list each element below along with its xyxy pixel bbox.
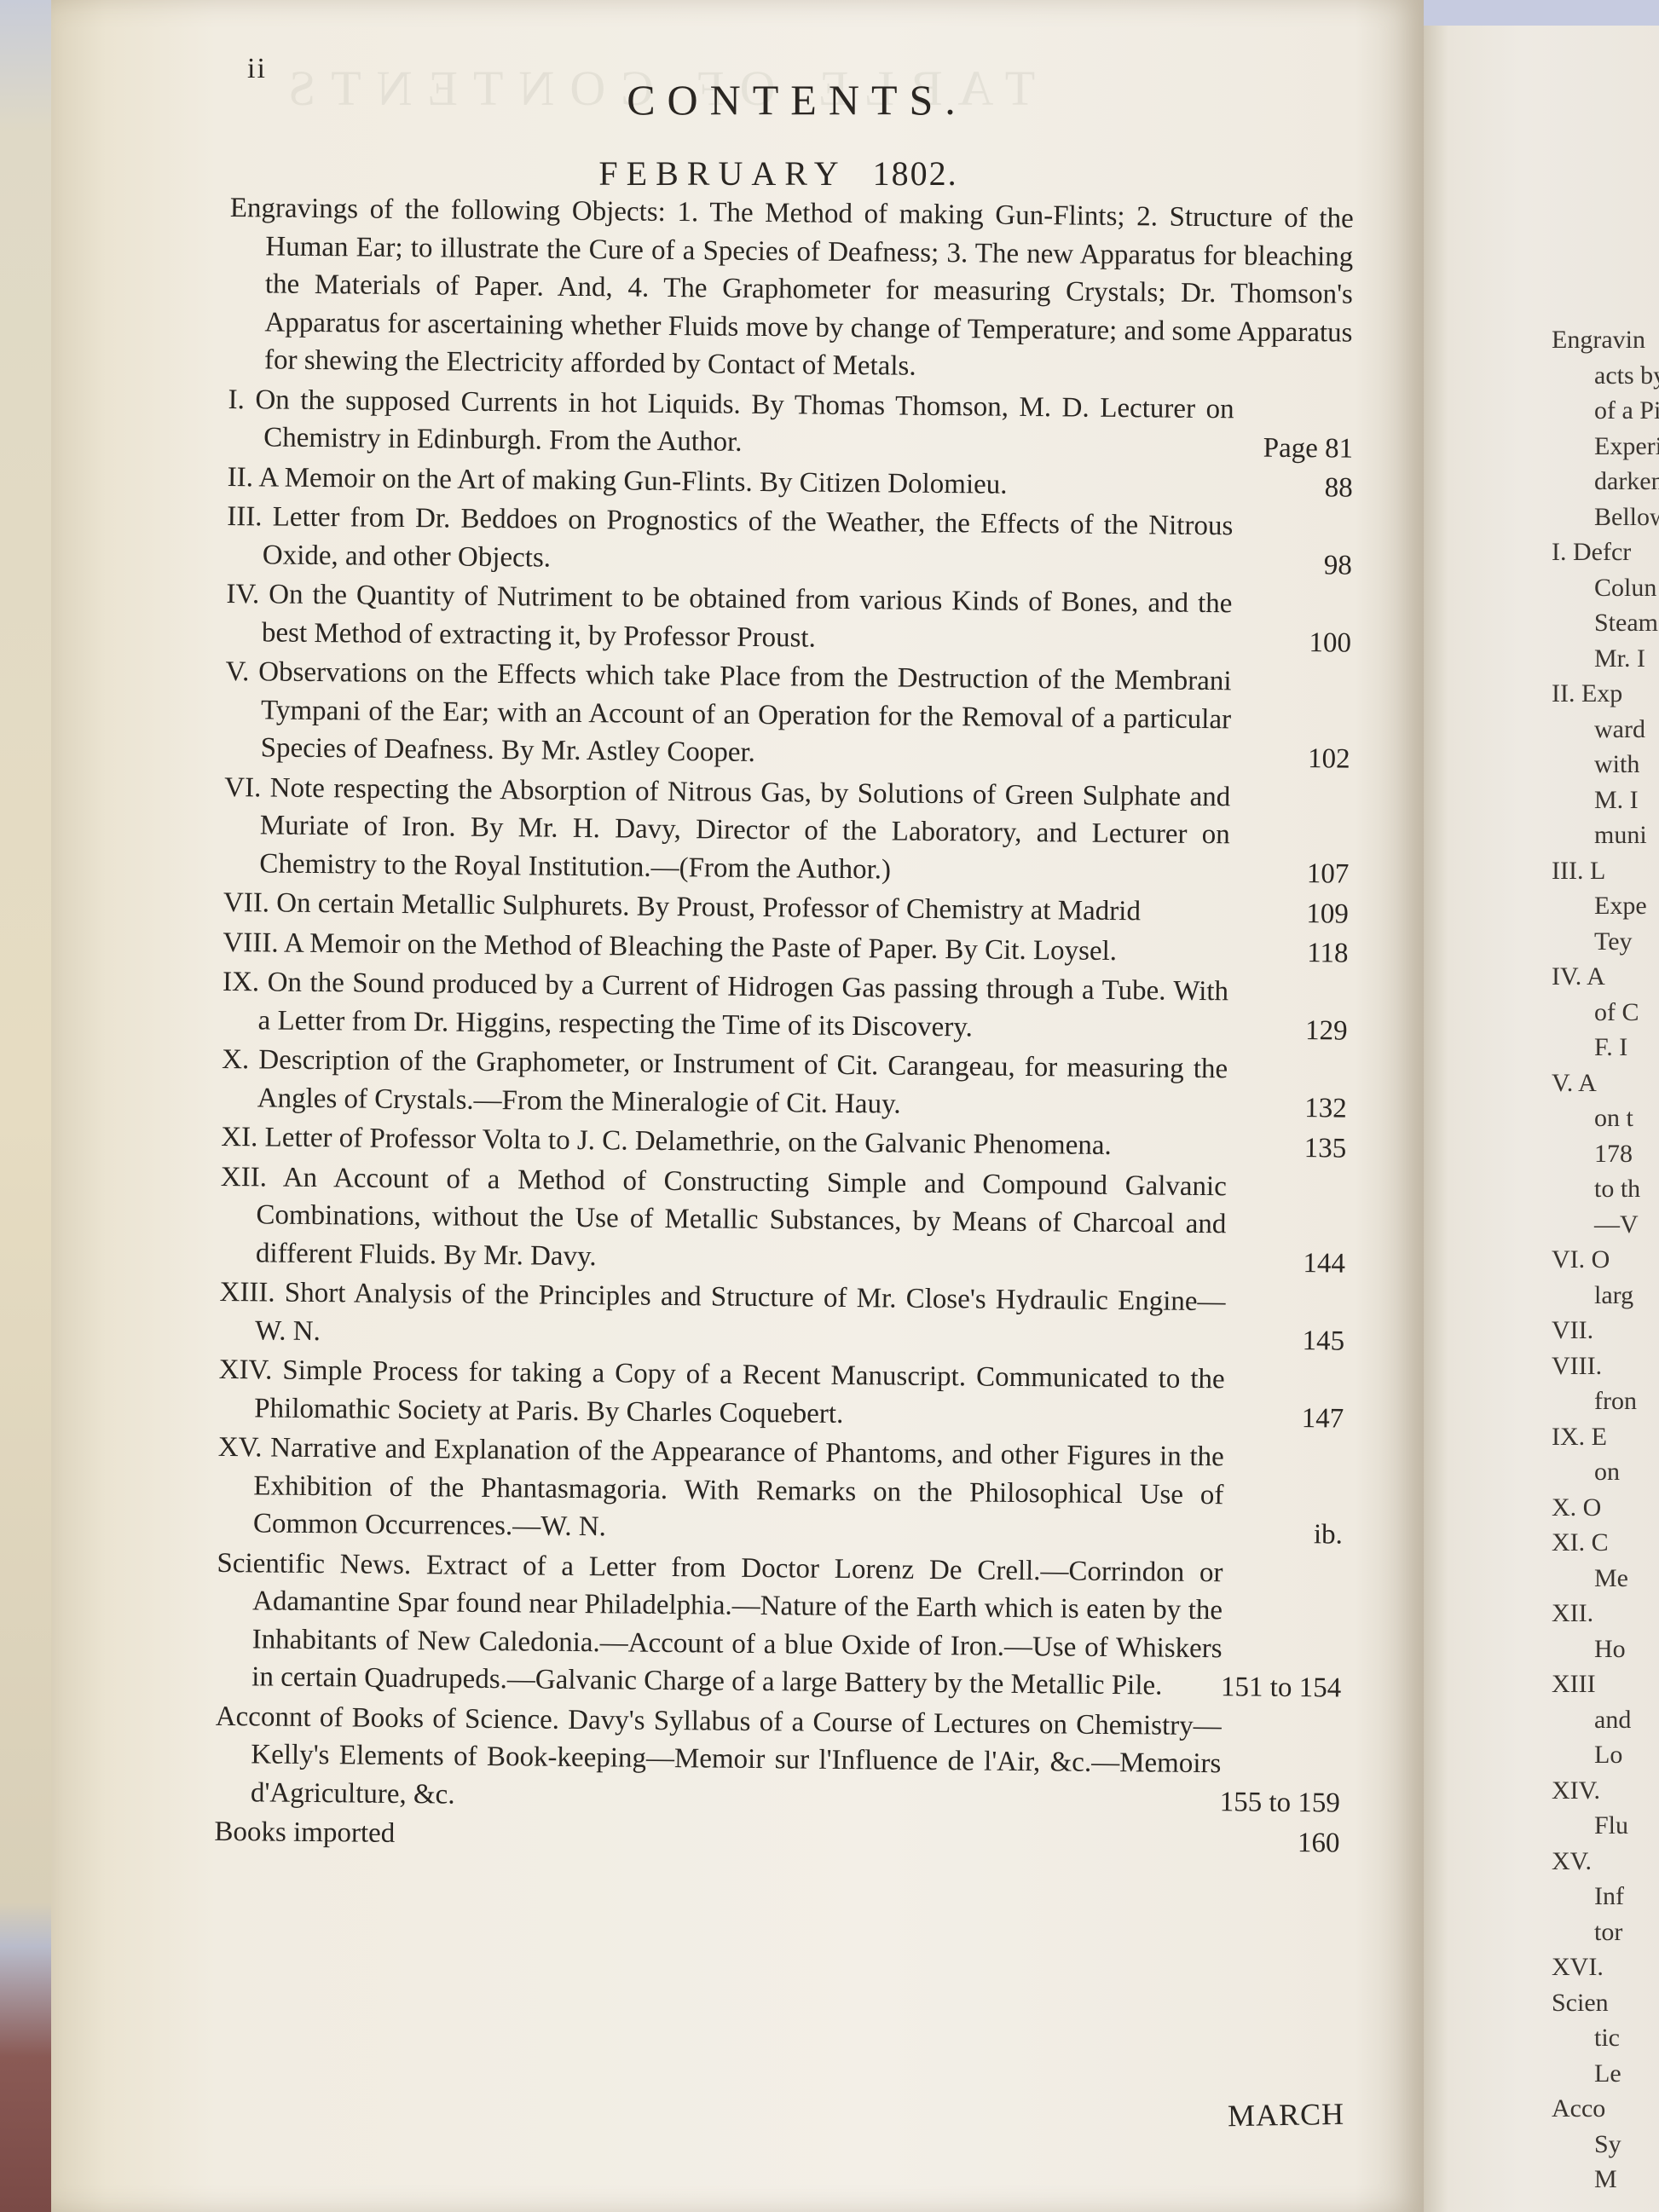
facing-page-line: Engravin: [1552, 322, 1659, 358]
toc-entry-number: X.: [222, 1044, 249, 1075]
facing-page-line: VIII.: [1552, 1349, 1659, 1384]
facing-page-line: III. L: [1552, 853, 1659, 889]
toc-entry-number: IV.: [226, 579, 259, 609]
facing-page-line: Expe: [1552, 888, 1659, 924]
toc-entry-engravings: Engravings of the following Objects: 1. …: [228, 189, 1356, 390]
facing-page-line: fron: [1552, 1383, 1659, 1419]
facing-page-line: Tey: [1552, 924, 1659, 960]
toc-entry-text: A Memoir on the Method of Bleaching the …: [284, 927, 1117, 966]
facing-page-line: X. O: [1552, 1490, 1659, 1526]
issue-year: 1802.: [873, 154, 958, 193]
facing-page-line: M. I: [1552, 783, 1659, 818]
toc-entry-ix: IX. On the Sound produced by a Current o…: [222, 963, 1348, 1050]
facing-page-line: and: [1552, 1702, 1659, 1738]
toc-entry-books-of-science: Acconnt of Books of Science. Davy's Syll…: [215, 1697, 1341, 1822]
facing-page-line: VII.: [1552, 1313, 1659, 1349]
facing-page-line: darken: [1552, 464, 1659, 500]
facing-page-line: larg: [1552, 1278, 1659, 1314]
facing-page-line: II. Exp: [1552, 676, 1659, 712]
facing-page-line: Ho: [1552, 1632, 1659, 1667]
toc-entry-xiv: XIV. Simple Process for taking a Copy of…: [218, 1351, 1344, 1438]
facing-page-line: on: [1552, 1454, 1659, 1490]
facing-page-line: tor: [1552, 1915, 1659, 1950]
toc-entry-number: XII.: [221, 1161, 267, 1193]
facing-page-line: XI. C: [1552, 1525, 1659, 1561]
facing-page-line: Scien: [1552, 1985, 1659, 2021]
facing-page-line: Sy: [1552, 2127, 1659, 2163]
facing-page-line: IV. A: [1552, 959, 1659, 995]
facing-page-line: tic: [1552, 2020, 1659, 2056]
facing-page-line: Inf: [1552, 1879, 1659, 1915]
issue-date: FEBRUARY1802.: [0, 153, 1608, 193]
facing-page-line: V. A: [1552, 1066, 1659, 1101]
facing-page-line: XVI.: [1552, 1949, 1659, 1985]
toc-entry-vi: VI. Note respecting the Absorption of Ni…: [223, 768, 1350, 892]
facing-page-line: ward: [1552, 712, 1659, 748]
toc-entry-text: A Memoir on the Art of making Gun-Flints…: [258, 462, 1007, 500]
toc-entry-number: XIV.: [219, 1354, 273, 1386]
facing-page-line: Bellow: [1552, 500, 1659, 535]
catchword: MARCH: [1228, 2096, 1345, 2134]
facing-page-line: Lo: [1552, 1737, 1659, 1773]
facing-page-line: VI. O: [1552, 1242, 1659, 1278]
facing-page-line: —V: [1552, 1207, 1659, 1243]
facing-page-line: 178: [1552, 1136, 1659, 1172]
toc-entry-iii: III. Letter from Dr. Beddoes on Prognost…: [227, 498, 1353, 585]
facing-page-line: XIII: [1552, 1666, 1659, 1702]
toc-entry-number: I.: [228, 384, 245, 414]
table-of-contents: Engravings of the following Objects: 1. …: [214, 189, 1356, 1863]
toc-entry-number: V.: [225, 656, 249, 687]
facing-page-line: I. Defcr: [1552, 534, 1659, 570]
toc-entry-x: X. Description of the Graphometer, or In…: [222, 1041, 1348, 1128]
facing-page-line: with: [1552, 747, 1659, 783]
toc-entry-number: VI.: [224, 771, 261, 802]
toc-entry-number: II.: [228, 461, 254, 492]
toc-entry-number: VIII.: [223, 927, 278, 958]
toc-entry-v: V. Observations on the Effects which tak…: [224, 653, 1350, 777]
issue-month: FEBRUARY: [598, 154, 847, 193]
toc-entry-number: VII.: [223, 887, 269, 919]
toc-entry-number: XI.: [221, 1122, 257, 1152]
toc-entry-i: I. On the supposed Currents in hot Liqui…: [228, 380, 1354, 467]
facing-page-line: of C: [1552, 995, 1659, 1031]
facing-page-line: of a Pi: [1552, 393, 1659, 429]
facing-page-line: F. I: [1552, 1030, 1659, 1066]
toc-entry-number: IX.: [223, 967, 259, 997]
toc-entry-text: On certain Metallic Sulphurets. By Prous…: [276, 888, 1141, 927]
toc-entry-iv: IV. On the Quantity of Nutriment to be o…: [226, 575, 1352, 662]
toc-entry-xii: XII. An Account of a Method of Construct…: [220, 1158, 1346, 1282]
facing-page-line: muni: [1552, 817, 1659, 853]
toc-entry-number: III.: [227, 501, 263, 532]
facing-page-line: Le: [1552, 2056, 1659, 2092]
facing-page-line: Steam: [1552, 605, 1659, 641]
facing-page-line: Me: [1552, 1561, 1659, 1597]
facing-page-line: acts by: [1552, 358, 1659, 394]
facing-page-line: XII.: [1552, 1596, 1659, 1632]
facing-page-line: XIV.: [1552, 1773, 1659, 1809]
facing-page-line: Mr. I: [1552, 641, 1659, 677]
facing-page-line: to th: [1552, 1171, 1659, 1207]
toc-entry-number: XIII.: [219, 1277, 275, 1308]
facing-page-line: Acco: [1552, 2091, 1659, 2127]
toc-entry-text: Engravings of the following Objects: 1. …: [228, 189, 1356, 390]
facing-page-line: XV.: [1552, 1844, 1659, 1880]
facing-page: Engravinacts byof a PiExperidarkenBellow…: [1424, 26, 1659, 2212]
facing-page-line: IX. E: [1552, 1419, 1659, 1455]
facing-page-text: Engravinacts byof a PiExperidarkenBellow…: [1552, 322, 1659, 2198]
facing-page-line: M: [1552, 2162, 1659, 2198]
toc-entry-scientific-news: Scientific News. Extract of a Letter fro…: [216, 1544, 1343, 1707]
facing-page-line: Experi: [1552, 429, 1659, 465]
toc-entry-text: Letter of Professor Volta to J. C. Delam…: [264, 1122, 1111, 1161]
page-title: CONTENTS.: [0, 75, 1594, 124]
facing-page-line: on t: [1552, 1100, 1659, 1136]
toc-entry-number: XV.: [218, 1432, 263, 1463]
toc-entry-xiii: XIII. Short Analysis of the Principles a…: [219, 1273, 1345, 1360]
facing-page-line: Colun: [1552, 570, 1659, 606]
toc-entry-xv: XV. Narrative and Explanation of the App…: [217, 1429, 1344, 1553]
facing-page-line: Flu: [1552, 1808, 1659, 1844]
